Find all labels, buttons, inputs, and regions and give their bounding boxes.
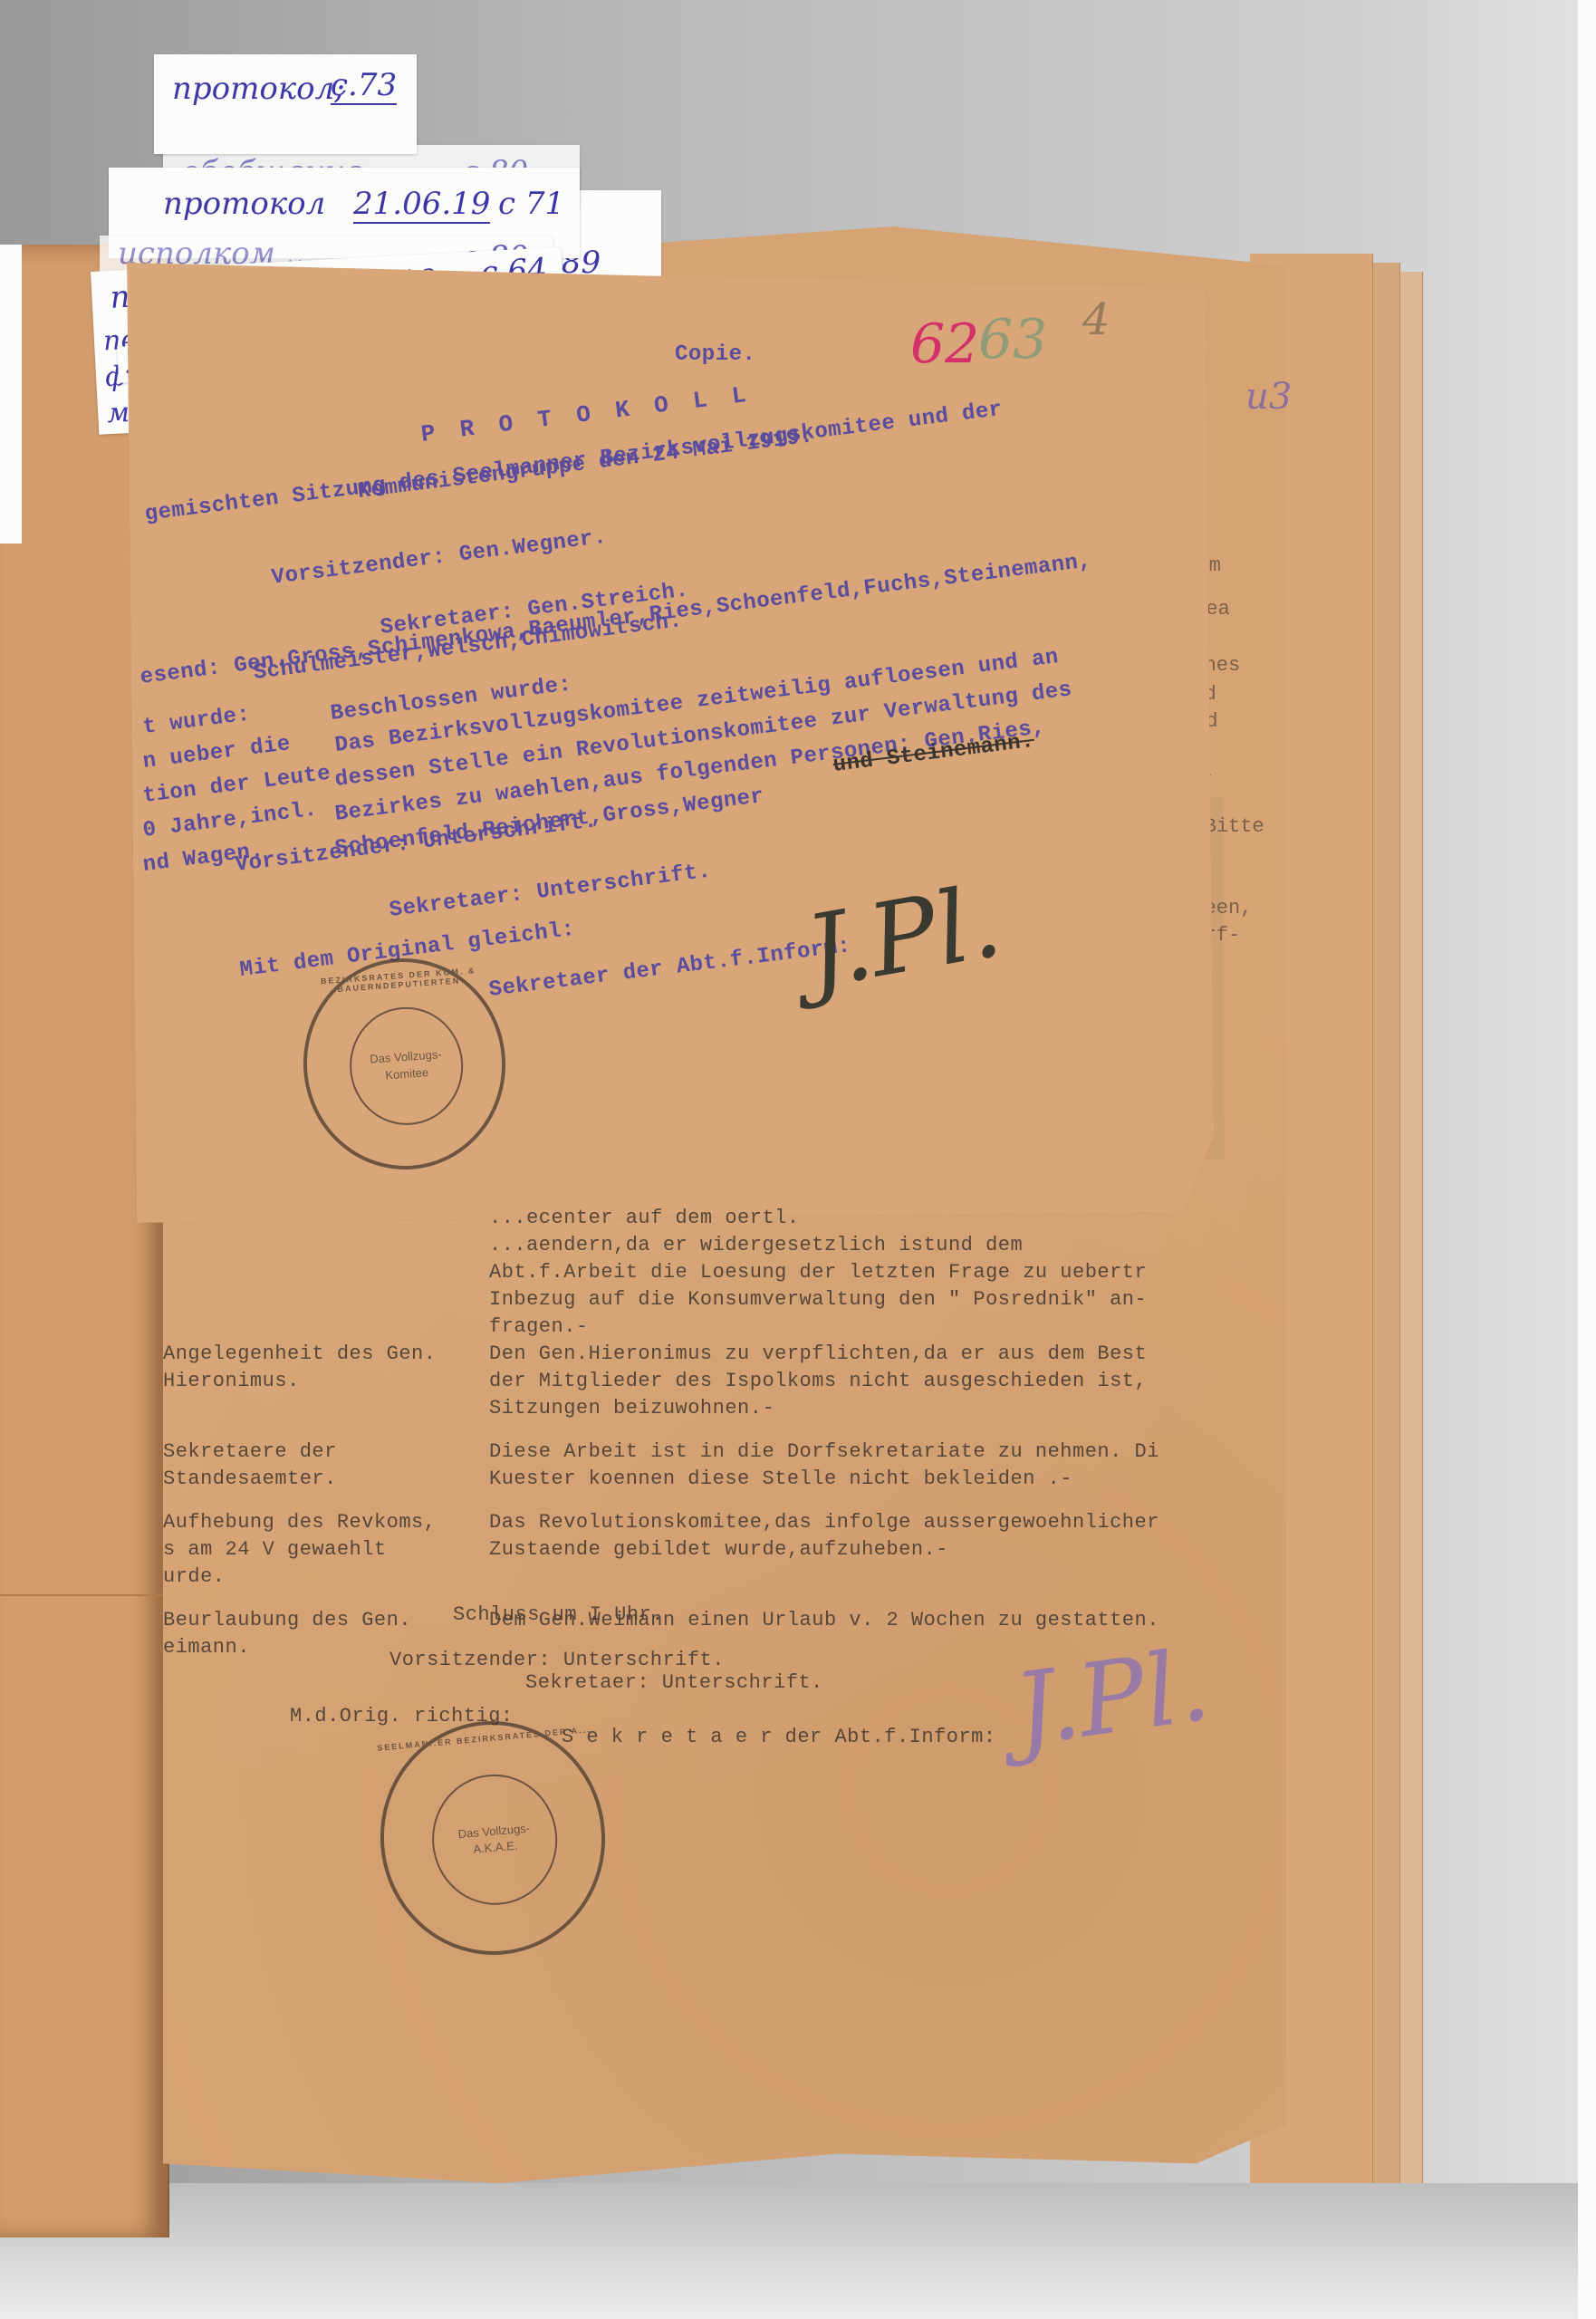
item-text: Sitzungen beizuwohnen.- bbox=[489, 1397, 774, 1419]
item-label: s am 24 V gewaehlt bbox=[163, 1538, 387, 1561]
folio-number-red: 62 bbox=[910, 313, 979, 376]
item-label: eimann. bbox=[163, 1636, 250, 1659]
item-label: Hieronimus. bbox=[163, 1370, 300, 1392]
typed-line: Sekretaer: Unterschrift. bbox=[525, 1671, 823, 1694]
item-text: Diese Arbeit ist in die Dorfsekretariate… bbox=[489, 1440, 1159, 1463]
item-text: Den Gen.Hieronimus zu verpflichten,da er… bbox=[489, 1342, 1147, 1365]
item-text: Kuester koennen diese Stelle nicht bekle… bbox=[489, 1467, 1072, 1490]
item-text: Das Revolutionskomitee,das infolge ausse… bbox=[489, 1511, 1159, 1534]
continuation-line: ...aendern,da er widergesetzlich istund … bbox=[489, 1234, 1023, 1256]
item-text: der Mitglieder des Ispolkoms nicht ausge… bbox=[489, 1370, 1147, 1392]
left-white-slip bbox=[0, 245, 22, 544]
item-label: Angelegenheit des Gen. bbox=[163, 1342, 436, 1365]
item-text: Zustaende gebildet wurde,aufzuheben.- bbox=[489, 1538, 948, 1561]
continuation-line: Abt.f.Arbeit die Loesung der letzten Fra… bbox=[489, 1261, 1147, 1284]
corner-mark: u3 bbox=[1245, 376, 1292, 418]
copie-heading: Copie. bbox=[675, 342, 755, 367]
item-label: Beurlaubung des Gen. bbox=[163, 1609, 411, 1631]
continuation-line: ...ecenter auf dem oertl. bbox=[489, 1207, 800, 1229]
folio-number-pencil: 4 bbox=[1082, 294, 1110, 345]
folio-number-green: 63 bbox=[978, 308, 1047, 371]
closing-line: Schluss um I Uhr. bbox=[453, 1603, 664, 1626]
scanner-background bbox=[0, 2183, 1596, 2319]
left-page-fold bbox=[0, 1594, 163, 1596]
item-label: Sekretaere der bbox=[163, 1440, 337, 1463]
item-label: Standesaemter. bbox=[163, 1467, 337, 1490]
continuation-line: Inbezug auf die Konsumverwaltung den " P… bbox=[489, 1288, 1147, 1311]
certifier-line: S e k r e t a e r der Abt.f.Inform: bbox=[562, 1726, 996, 1748]
scan-margin bbox=[1578, 0, 1596, 2319]
item-label: Aufhebung des Revkoms, bbox=[163, 1511, 436, 1534]
index-tab: протокол; с.73 bbox=[154, 54, 417, 154]
item-label: urde. bbox=[163, 1565, 226, 1588]
typed-line: Vorsitzender: Unterschrift. bbox=[389, 1649, 725, 1671]
continuation-line: fragen.- bbox=[489, 1315, 589, 1338]
